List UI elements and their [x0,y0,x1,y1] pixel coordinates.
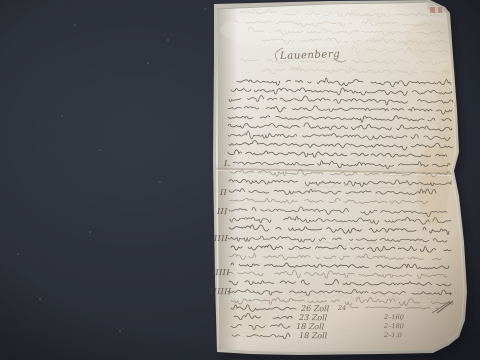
photo-of-handwritten-document: I.IIIIIIIIIIIIIIIIIIII26 Zoll2423 Zoll2–… [0,0,480,360]
document-photo-canvas: I.IIIIIIIIIIIIIIIIIIII26 Zoll2423 Zoll2–… [0,0,480,360]
photo-vignette [0,0,480,360]
